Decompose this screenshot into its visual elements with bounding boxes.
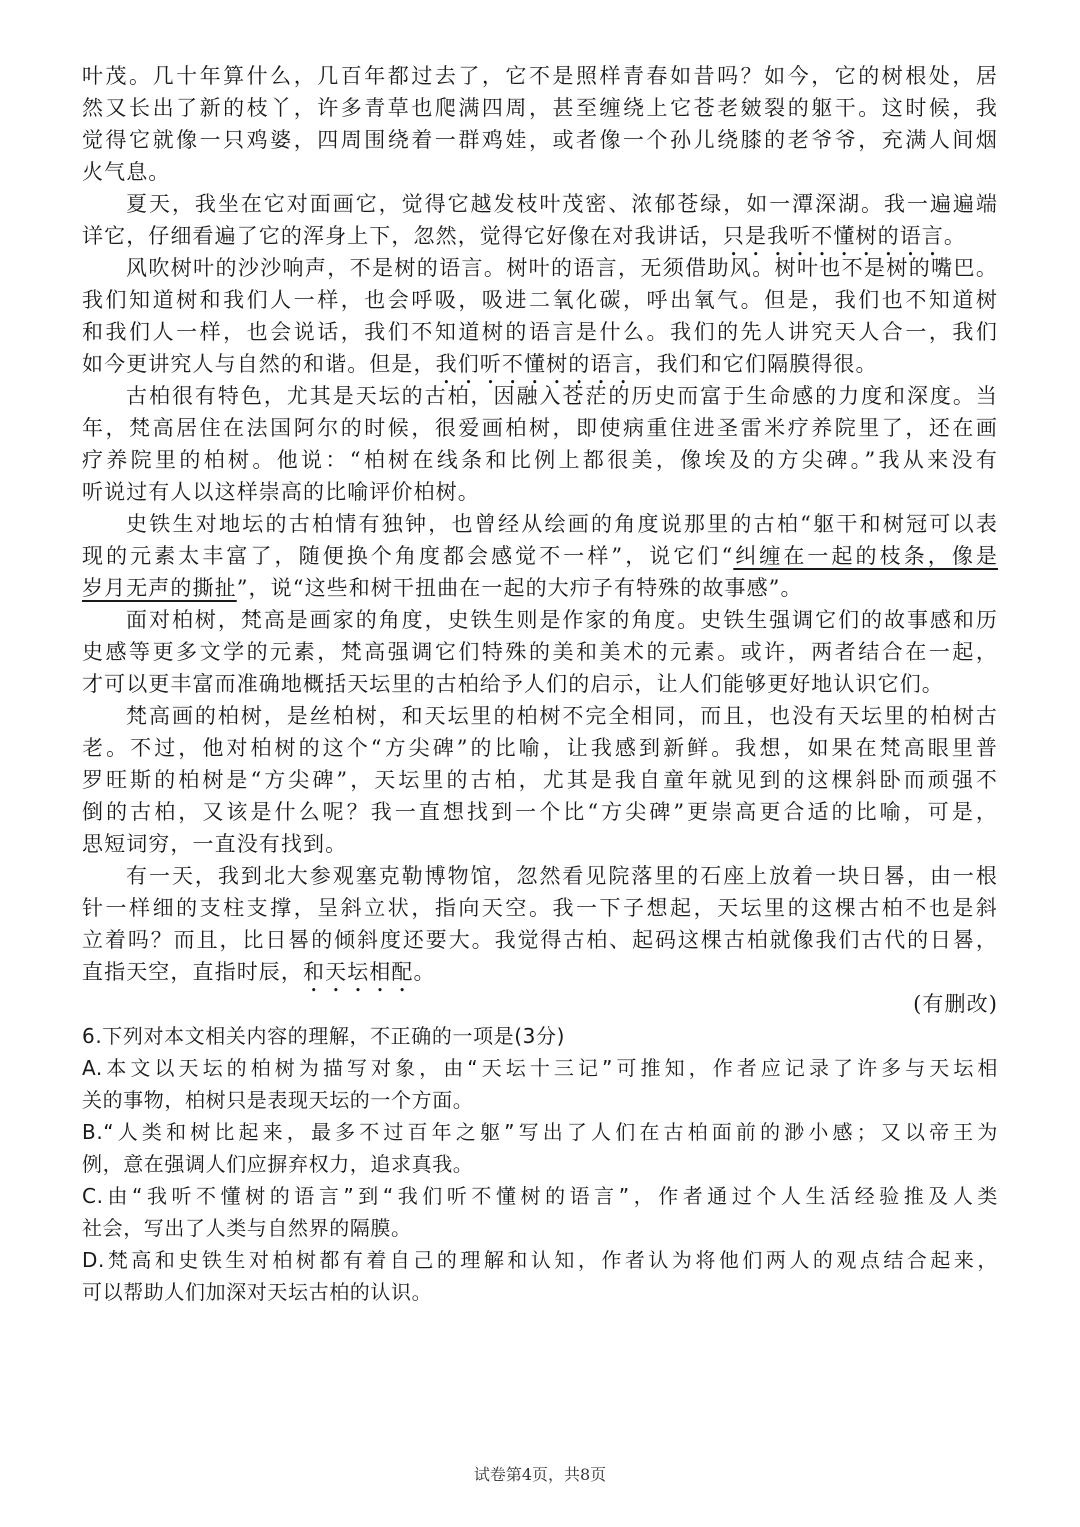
text-line: 觉得它就像一只鸡婆，四周围绕着一群鸡娃，或者像一个孙儿绕膝的老爷爷，充满人间烟: [82, 124, 998, 156]
text-span: 。: [944, 224, 966, 248]
source-note: (有删改): [82, 988, 998, 1020]
text-line: 夏天，我坐在它对面画它，觉得它越发枝叶茂密、浓郁苍绿，如一潭深湖。我一遍遍端: [82, 188, 998, 220]
passage-paragraph-7: 梵高画的柏树，是丝柏树，和天坛里的柏树不完全相同，而且，也没有天坛里的柏树古 老…: [82, 700, 998, 860]
text-line: 风吹树叶的沙沙响声，不是树的语言。树叶的语言，无须借助风。树叶也不是树的嘴巴。: [82, 252, 998, 284]
text-line: 罗旺斯的柏树是“方尖碑”，天坛里的古柏，尤其是我自童年就见到的这棵斜卧而顽强不: [82, 764, 998, 796]
option-a: A.本文以天坛的柏树为描写对象，由“天坛十三记”可推知，作者应记录了许多与天坛相…: [82, 1052, 998, 1116]
text-line: 思短词穷，一直没有找到。: [82, 828, 998, 860]
passage-paragraph-4: 古柏很有特色，尤其是天坛的古柏，因融入苍茫的历史而富于生命感的力度和深度。当 年…: [82, 380, 998, 508]
text-line: 史铁生对地坛的古柏情有独钟，也曾经从绘画的角度说那里的古柏“躯干和树冠可以表: [82, 508, 998, 540]
option-line: 例，意在强调人们应摒弃权力，追求真我。: [82, 1148, 998, 1180]
text-line: 有一天，我到北大参观塞克勒博物馆，忽然看见院落里的石座上放着一块日晷，由一根: [82, 860, 998, 892]
text-line: 年，梵高居住在法国阿尔的时候，很爱画柏树，即使病重住进圣雷米疗养院里了，还在画: [82, 412, 998, 444]
text-line: 如今更讲究人与自然的和谐。但是，我们听不懂树的语言，我们和它们隔膜得很。: [82, 348, 998, 380]
passage-paragraph-6: 面对柏树，梵高是画家的角度，史铁生则是作家的角度。史铁生强调它们的故事感和历 史…: [82, 604, 998, 700]
option-c: C.由“我听不懂树的语言”到“我们听不懂树的语言”，作者通过个人生活经验推及人类…: [82, 1180, 998, 1244]
text-line: 我们知道树和我们人一样，也会呼吸，吸进二氧化碳，呼出氧气。但是，我们也不知道树: [82, 284, 998, 316]
page-footer: 试卷第4页，共8页: [0, 1462, 1080, 1485]
passage-paragraph-2: 夏天，我坐在它对面画它，觉得它越发枝叶茂密、浓郁苍绿，如一潭深湖。我一遍遍端 详…: [82, 188, 998, 252]
text-line: 岁月无声的撕扯”，说“这些和树干扭曲在一起的大疖子有特殊的故事感”。: [82, 572, 998, 604]
option-line: 社会，写出了人类与自然界的隔膜。: [82, 1212, 998, 1244]
question-6: 6.下列对本文相关内容的理解，不正确的一项是(3分) A.本文以天坛的柏树为描写…: [82, 1020, 998, 1308]
text-line: 老。不过，他对柏树的这个“方尖碑”的比喻，让我感到新鲜。我想，如果在梵高眼里普: [82, 732, 998, 764]
question-title: 6.下列对本文相关内容的理解，不正确的一项是(3分): [82, 1020, 998, 1052]
text-line: 倒的古柏，又该是什么呢？我一直想找到一个比“方尖碑”更崇高更合适的比喻，可是，: [82, 796, 998, 828]
text-line: 火气息。: [82, 156, 998, 188]
text-line: 立着吗？而且，比日晷的倾斜度还要大。我觉得古柏、起码这棵古柏就像我们古代的日晷，: [82, 924, 998, 956]
text-span: ，我们和它们隔膜得很。: [635, 352, 878, 376]
text-line: 然又长出了新的枝丫，许多青草也爬满四周，甚至缠绕上它苍老皴裂的躯干。这时候，我: [82, 92, 998, 124]
emphasized-phrase: 我们听不懂树的语言: [436, 352, 635, 376]
passage-paragraph-5: 史铁生对地坛的古柏情有独钟，也曾经从绘画的角度说那里的古柏“躯干和树冠可以表 现…: [82, 508, 998, 604]
emphasized-phrase: 只是我听不懂树的语言: [723, 224, 944, 248]
underlined-phrase: 纠缠在一起的枝条，像是: [733, 544, 998, 568]
passage-paragraph-8: 有一天，我到北大参观塞克勒博物馆，忽然看见院落里的石座上放着一块日晷，由一根 针…: [82, 860, 998, 988]
option-line: B.“人类和树比起来，最多不过百年之躯”写出了人们在古柏面前的渺小感；又以帝王为: [82, 1116, 998, 1148]
text-line: 详它，仔细看遍了它的浑身上下，忽然，觉得它好像在对我讲话，只是我听不懂树的语言。: [82, 220, 998, 252]
underlined-phrase: 岁月无声的撕扯: [82, 576, 237, 600]
text-line: 叶茂。几十年算什么，几百年都过去了，它不是照样青春如昔吗？如今，它的树根处，居: [82, 60, 998, 92]
option-line: D.梵高和史铁生对柏树都有着自己的理解和认知，作者认为将他们两人的观点结合起来，: [82, 1244, 998, 1276]
text-span: ”，说“这些和树干扭曲在一起的大疖子有特殊的故事感”。: [237, 576, 803, 600]
text-span: 现的元素太丰富了，随便换个角度都会感觉不一样”，说它们“: [82, 544, 733, 568]
text-span: 。: [414, 960, 436, 984]
passage-paragraph-3: 风吹树叶的沙沙响声，不是树的语言。树叶的语言，无须借助风。树叶也不是树的嘴巴。 …: [82, 252, 998, 380]
text-span: 详它，仔细看遍了它的浑身上下，忽然，觉得它好像在对我讲话，: [82, 224, 723, 248]
exam-page: 叶茂。几十年算什么，几百年都过去了，它不是照样青春如昔吗？如今，它的树根处，居 …: [82, 60, 998, 1308]
option-b: B.“人类和树比起来，最多不过百年之躯”写出了人们在古柏面前的渺小感；又以帝王为…: [82, 1116, 998, 1180]
text-line: 和我们人一样，也会说话，我们不知道树的语言是什么。我们的先人讲究天人合一，我们: [82, 316, 998, 348]
emphasized-phrase: 和天坛相配: [303, 960, 414, 984]
text-line: 才可以更丰富而准确地概括天坛里的古柏给予人们的启示，让人们能够更好地认识它们。: [82, 668, 998, 700]
text-span: 如今更讲究人与自然的和谐。但是，: [82, 352, 436, 376]
text-span: 直指天空，直指时辰，: [82, 960, 303, 984]
option-line: 关的事物，柏树只是表现天坛的一个方面。: [82, 1084, 998, 1116]
option-line: 可以帮助人们加深对天坛古柏的认识。: [82, 1276, 998, 1308]
text-line: 面对柏树，梵高是画家的角度，史铁生则是作家的角度。史铁生强调它们的故事感和历: [82, 604, 998, 636]
text-line: 听说过有人以这样崇高的比喻评价柏树。: [82, 476, 998, 508]
passage-paragraph-1: 叶茂。几十年算什么，几百年都过去了，它不是照样青春如昔吗？如今，它的树根处，居 …: [82, 60, 998, 188]
text-line: 史感等更多文学的元素，梵高强调它们特殊的美和美术的元素。或许，两者结合在一起，: [82, 636, 998, 668]
text-line: 针一样细的支柱支撑，呈斜立状，指向天空。我一下子想起，天坛里的这棵古柏不也是斜: [82, 892, 998, 924]
option-line: A.本文以天坛的柏树为描写对象，由“天坛十三记”可推知，作者应记录了许多与天坛相: [82, 1052, 998, 1084]
text-line: 疗养院里的柏树。他说：“柏树在线条和比例上都很美，像埃及的方尖碑。”我从来没有: [82, 444, 998, 476]
option-line: C.由“我听不懂树的语言”到“我们听不懂树的语言”，作者通过个人生活经验推及人类: [82, 1180, 998, 1212]
text-line: 直指天空，直指时辰，和天坛相配。: [82, 956, 998, 988]
text-line: 梵高画的柏树，是丝柏树，和天坛里的柏树不完全相同，而且，也没有天坛里的柏树古: [82, 700, 998, 732]
option-d: D.梵高和史铁生对柏树都有着自己的理解和认知，作者认为将他们两人的观点结合起来，…: [82, 1244, 998, 1308]
text-line: 现的元素太丰富了，随便换个角度都会感觉不一样”，说它们“纠缠在一起的枝条，像是: [82, 540, 998, 572]
text-line: 古柏很有特色，尤其是天坛的古柏，因融入苍茫的历史而富于生命感的力度和深度。当: [82, 380, 998, 412]
